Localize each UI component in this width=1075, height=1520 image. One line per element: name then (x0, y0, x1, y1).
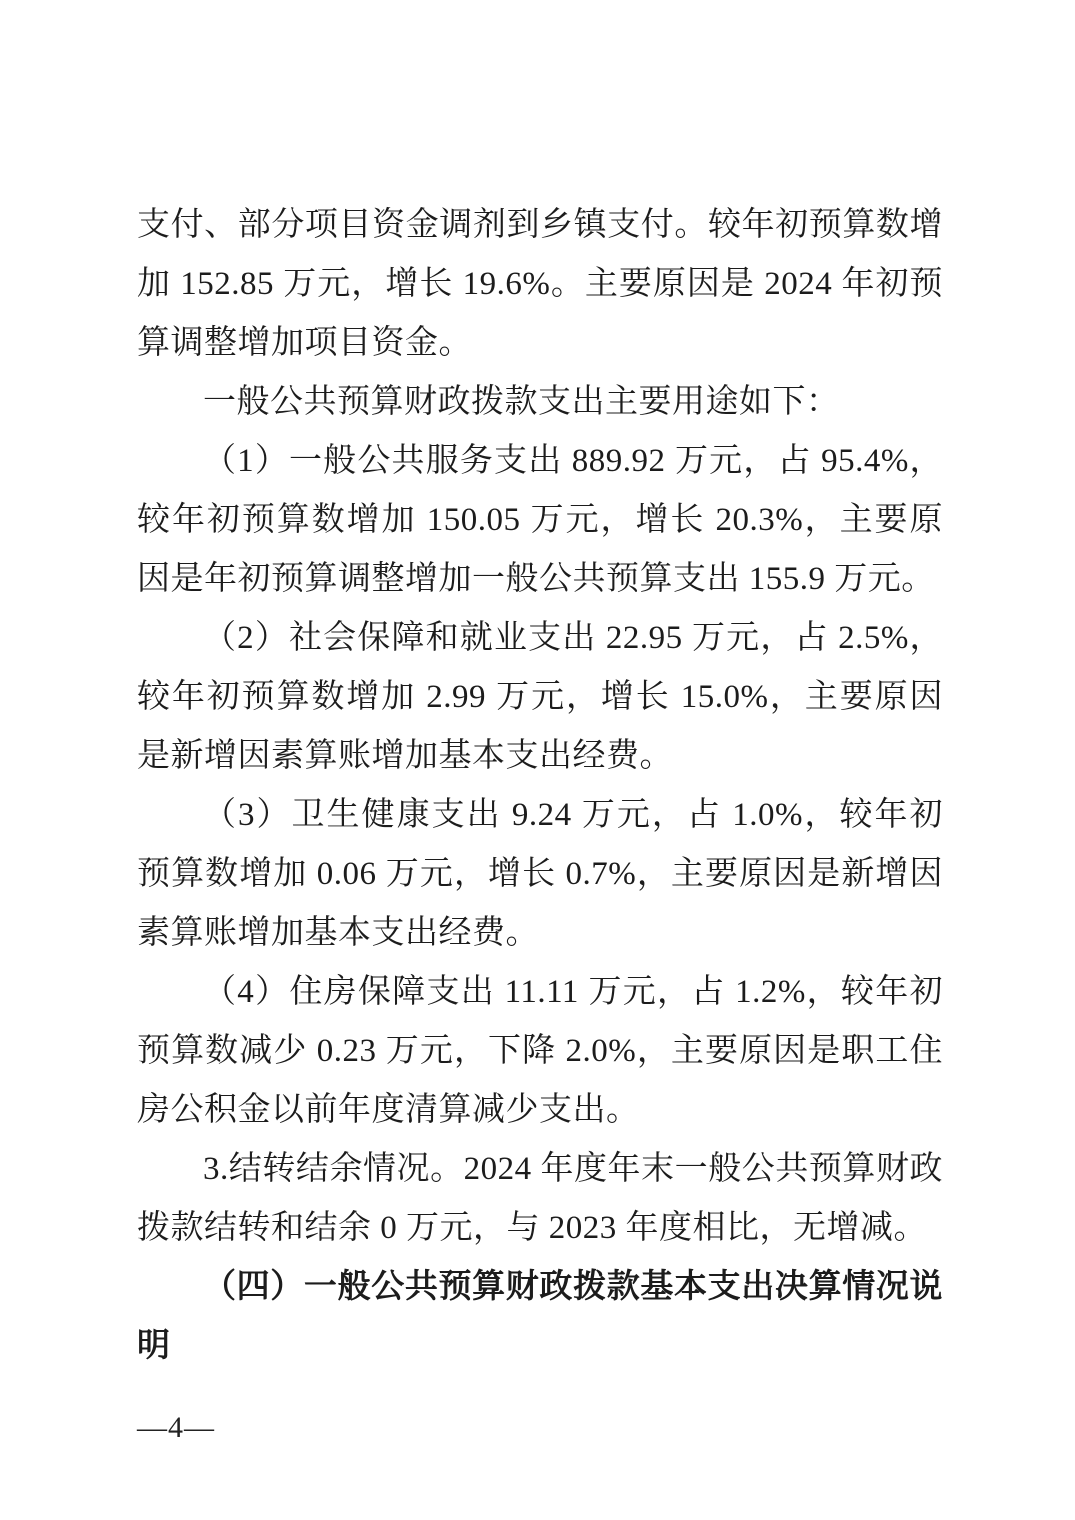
page-number: —4— (137, 1408, 215, 1448)
document-page: 支付、部分项目资金调剂到乡镇支付。较年初预算数增加 152.85 万元，增长 1… (0, 0, 1075, 1520)
section-heading: （四）一般公共预算财政拨款基本支出决算情况说明 (137, 1258, 943, 1376)
body-paragraph: （2）社会保障和就业支出 22.95 万元，占 2.5%，较年初预算数增加 2.… (137, 609, 943, 786)
body-paragraph: （4）住房保障支出 11.11 万元，占 1.2%，较年初预算数减少 0.23 … (137, 963, 943, 1140)
document-body: 支付、部分项目资金调剂到乡镇支付。较年初预算数增加 152.85 万元，增长 1… (137, 196, 943, 1376)
body-paragraph: 3.结转结余情况。2024 年度年末一般公共预算财政拨款结转和结余 0 万元，与… (137, 1140, 943, 1258)
body-paragraph: 支付、部分项目资金调剂到乡镇支付。较年初预算数增加 152.85 万元，增长 1… (137, 196, 943, 373)
body-paragraph: 一般公共预算财政拨款支出主要用途如下： (137, 373, 943, 432)
body-paragraph: （1）一般公共服务支出 889.92 万元，占 95.4%，较年初预算数增加 1… (137, 432, 943, 609)
body-paragraph: （3）卫生健康支出 9.24 万元，占 1.0%，较年初预算数增加 0.06 万… (137, 786, 943, 963)
